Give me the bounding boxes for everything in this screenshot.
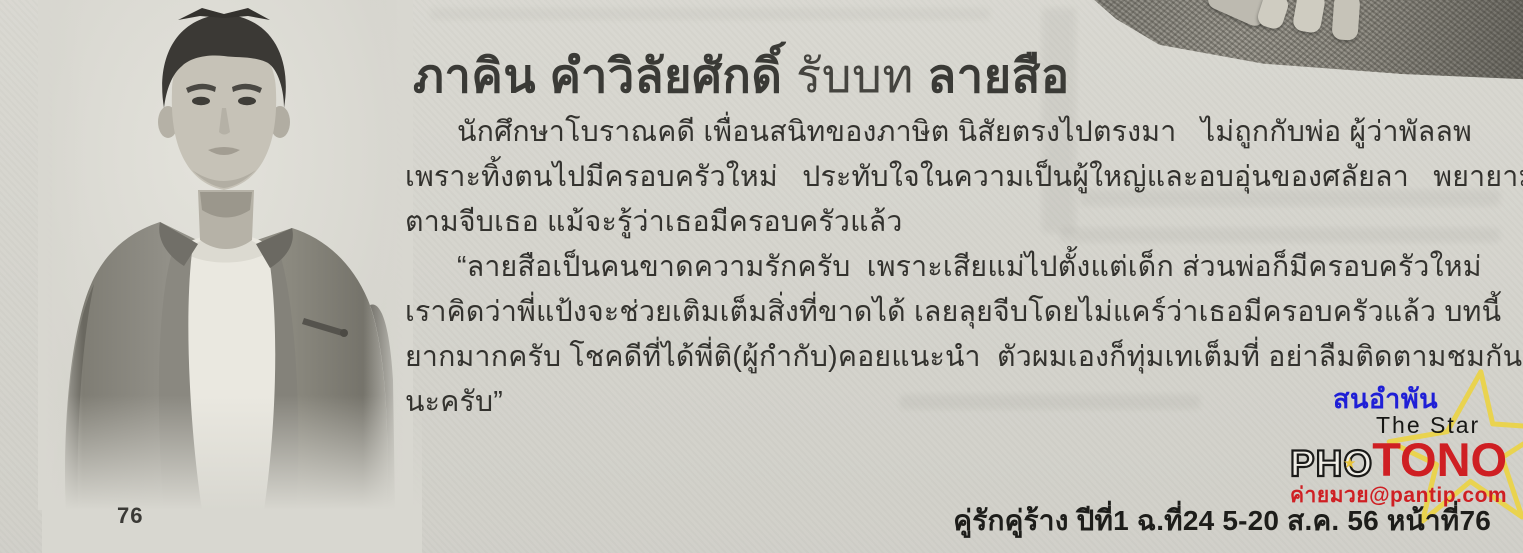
magazine-scan-page: { "headline": { "name": "ภาคิน คำวิลัยศั…: [0, 0, 1523, 553]
article-line: ตามจีบเธอ แม้จะรู้ว่าเธอมีครอบครัวแล้ว: [405, 200, 1500, 245]
article-line: “ลายสือเป็นคนขาดความรักครับ เพราะเสียแม่…: [405, 245, 1500, 290]
article-headline: ภาคิน คำวิลัยศักดิ์ รับบท ลายสือ: [413, 47, 1413, 105]
star-icon: ★: [1343, 454, 1356, 472]
headline-actor-name: ภาคิน คำวิลัยศักดิ์: [413, 49, 782, 102]
hand-fragment: [1292, 0, 1327, 34]
photo-edge-fade: [42, 395, 422, 553]
hand-fragment: [1331, 0, 1360, 41]
watermark-logo-prefix: PHO: [1290, 443, 1373, 484]
issue-citation: คู่รักคู่ร้าง ปีที่1 ฉ.ที่24 5-20 ส.ค. 5…: [953, 499, 1491, 543]
hand-fragment: [1255, 0, 1290, 31]
article-line: เพราะทิ้งตนไปมีครอบครัวใหม่ ประทับใจในคว…: [405, 155, 1500, 200]
showthrough-ghost: [430, 8, 990, 20]
article-line: ยากมากครับ โชคดีที่ได้พี่ติ(ผู้กำกับ)คอย…: [405, 335, 1500, 380]
page-number: 76: [117, 503, 143, 529]
headline-connector: รับบท: [782, 49, 927, 102]
article-line: เราคิดว่าพี่แป้งจะช่วยเติมเต็มสิ่งที่ขาด…: [405, 290, 1500, 335]
actor-photo: [52, 0, 397, 510]
photographer-watermark: สนอำพัน The Star PHOTONO ★ ค่ายมวย@panti…: [1290, 377, 1523, 512]
headline-role-name: ลายสือ: [927, 49, 1069, 102]
article-line: นักศึกษาโบราณคดี เพื่อนสนิทของภาษิต นิสั…: [405, 110, 1500, 155]
